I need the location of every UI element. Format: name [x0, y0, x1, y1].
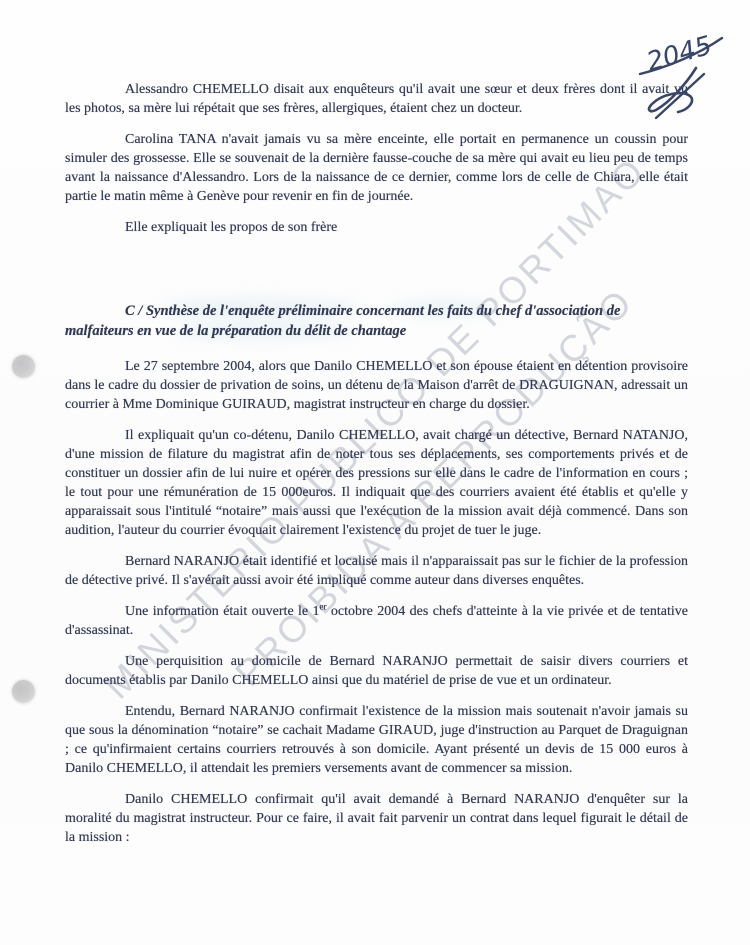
scanned-document-page: MINISTERIO PUBLICO DE PORTIMAO PROIBIDA … — [0, 0, 750, 945]
hole-punch-top — [12, 355, 35, 378]
paragraph: Il expliquait qu'un co-détenu, Danilo CH… — [65, 426, 688, 540]
paragraph: Entendu, Bernard NARANJO confirmait l'ex… — [65, 702, 688, 778]
handwritten-annotation: 2045 — [626, 22, 736, 132]
paragraph: Carolina TANA n'avait jamais vu sa mère … — [65, 130, 688, 206]
section-heading: C / Synthèse de l'enquête préliminaire c… — [65, 301, 688, 341]
paragraph: Elle expliquait les propos de son frère — [65, 218, 688, 237]
ordinal-superscript: er — [320, 601, 327, 611]
paragraph: Alessandro CHEMELLO disait aux enquêteur… — [65, 80, 688, 118]
paragraph: Bernard NARANJO était identifié et local… — [65, 552, 688, 590]
paragraph: Une perquisition au domicile de Bernard … — [65, 652, 688, 690]
document-body: Alessandro CHEMELLO disait aux enquêteur… — [65, 80, 688, 847]
paragraph: Une information était ouverte le 1er oct… — [65, 602, 688, 640]
hole-punch-bottom — [12, 680, 35, 703]
paragraph: Danilo CHEMELLO confirmait qu'il avait d… — [65, 790, 688, 847]
paragraph: Le 27 septembre 2004, alors que Danilo C… — [65, 357, 688, 414]
